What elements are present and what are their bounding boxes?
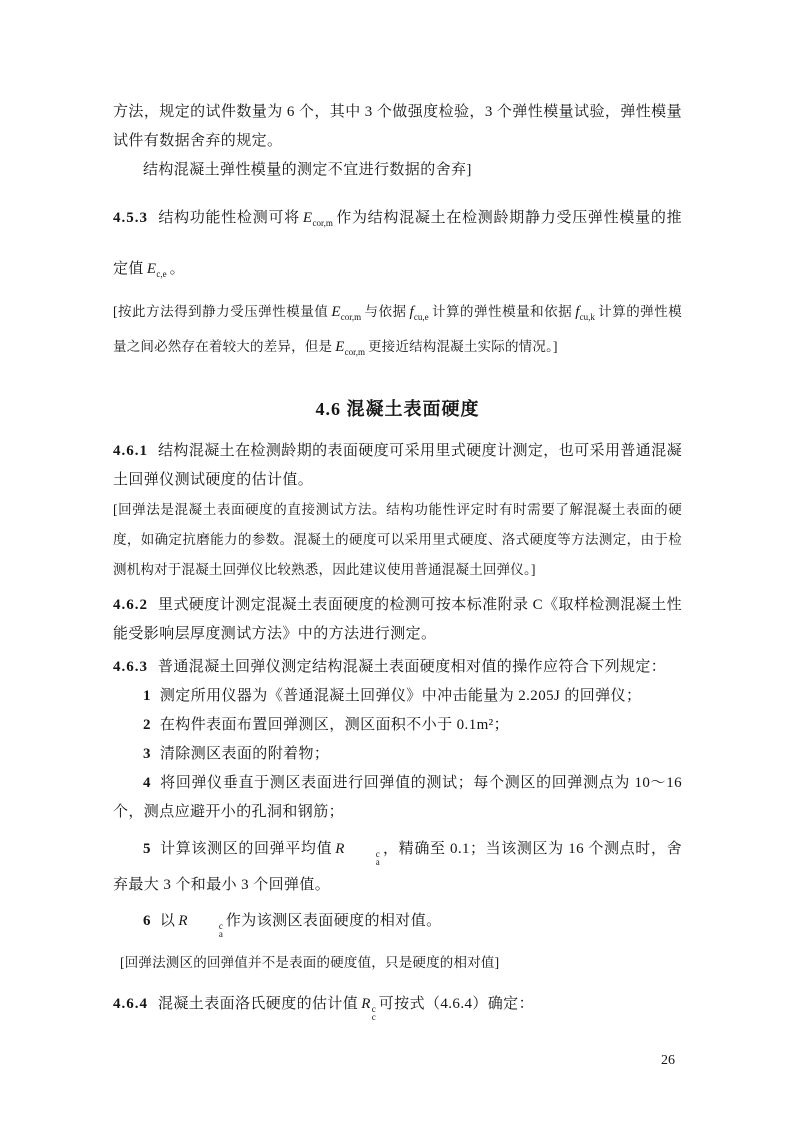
math-symbol-f-cu-e: fcu,e (410, 304, 429, 319)
item-number: 1 (143, 688, 151, 704)
page-number: 26 (661, 1053, 675, 1069)
clause-text: 可按式（4.6.4）确定： (379, 996, 534, 1012)
note-text: 更接近结构混凝土实际的情况。] (368, 339, 558, 354)
list-item-1: 1测定所用仪器为《普通混凝土回弹仪》中冲击能量为 2.205J 的回弹仪； (113, 682, 682, 711)
clause-text: 普通混凝土回弹仪测定结构混凝土表面硬度相对值的操作应符合下列规定： (158, 659, 666, 675)
bracket-close-line: 结构混凝土弹性模量的测定不宜进行数据的舍弃] (113, 156, 682, 185)
clause-number: 4.6.2 (113, 597, 148, 613)
math-symbol-R-a-c: Rca (335, 841, 380, 857)
item-text: 在构件表面布置回弹测区，测区面积不小于 0.1m²； (160, 717, 509, 733)
list-item-6: 6以Rca作为该测区表面硬度的相对值。 (113, 907, 682, 938)
math-symbol-E-cor-m: Ecor,m (303, 210, 333, 226)
commentary-note-4-6-1: [回弹法是混凝土表面硬度的直接测试方法。结构功能性评定时有时需要了解混凝土表面的… (113, 495, 682, 585)
clause-4-6-1: 4.6.1结构混凝土在检测龄期的表面硬度可采用里式硬度计测定，也可采用普通混凝土… (113, 437, 682, 495)
item-text: 以 (160, 913, 175, 929)
item-text: 计算该测区的回弹平均值 (160, 841, 332, 857)
clause-number: 4.5.3 (113, 210, 148, 226)
note-text: [按此方法得到静力受压弹性模量值 (113, 304, 328, 319)
clause-text: 混凝土表面洛氏硬度的估计值 (158, 996, 358, 1012)
commentary-note-4-6-3: [回弹法测区的回弹值并不是表面的硬度值，只是硬度的相对值] (113, 948, 682, 978)
item-text: 作为该测区表面硬度的相对值。 (226, 913, 442, 929)
continued-paragraph: 方法，规定的试件数量为 6 个，其中 3 个做强度检验，3 个弹性模量试验，弹性… (113, 98, 682, 156)
list-item-2: 2在构件表面布置回弹测区，测区面积不小于 0.1m²； (113, 711, 682, 740)
item-number: 2 (143, 717, 151, 733)
clause-number: 4.6.3 (113, 659, 148, 675)
item-number: 6 (143, 913, 151, 929)
item-number: 4 (143, 775, 151, 791)
item-text: 测定所用仪器为《普通混凝土回弹仪》中冲击能量为 2.205J 的回弹仪； (160, 688, 642, 704)
math-symbol-f-cu-k: fcu,k (575, 304, 595, 319)
item-number: 3 (143, 746, 151, 762)
section-heading-4-6: 4.6 混凝土表面硬度 (113, 395, 682, 421)
clause-text: 里式硬度计测定混凝土表面硬度的检测可按本标准附录 C《取样检测混凝土性能受影响层… (113, 597, 682, 642)
clause-number: 4.6.4 (113, 996, 148, 1012)
clause-text: 。 (170, 261, 185, 277)
item-text: 将回弹仪垂直于测区表面进行回弹值的测试；每个测区的回弹测点为 10～16 个，测… (113, 775, 682, 820)
list-item-5: 5计算该测区的回弹平均值Rca，精确至 0.1；当该测区为 16 个测点时，舍弃… (113, 831, 682, 903)
clause-4-6-4: 4.6.4混凝土表面洛氏硬度的估计值Rcc可按式（4.6.4）确定： (113, 990, 682, 1021)
item-text: 清除测区表面的附着物； (160, 746, 329, 762)
math-symbol-E-cor-m: Ecor,m (335, 339, 365, 354)
list-item-3: 3清除测区表面的附着物； (113, 740, 682, 769)
note-text: 与依据 (364, 304, 406, 319)
clause-4-5-3: 4.5.3结构功能性检测可将Ecor,m作为结构混凝土在检测龄期静力受压弹性模量… (113, 195, 682, 297)
clause-text: 结构功能性检测可将 (158, 210, 300, 226)
list-item-4: 4将回弹仪垂直于测区表面进行回弹值的测试；每个测区的回弹测点为 10～16 个，… (113, 769, 682, 827)
math-symbol-R-c-c: Rcc (361, 996, 376, 1012)
clause-4-6-3: 4.6.3普通混凝土回弹仪测定结构混凝土表面硬度相对值的操作应符合下列规定： (113, 653, 682, 682)
math-symbol-E-c-e: Ec,e (147, 261, 167, 277)
note-text: 计算的弹性模量和依据 (432, 304, 573, 319)
clause-number: 4.6.1 (113, 443, 148, 459)
item-number: 5 (143, 841, 151, 857)
math-symbol-E-cor-m: Ecor,m (331, 304, 361, 319)
math-symbol-R-a-c: Rca (178, 913, 223, 929)
document-page: 方法，规定的试件数量为 6 个，其中 3 个做强度检验，3 个弹性模量试验，弹性… (0, 0, 794, 1123)
clause-text: 结构混凝土在检测龄期的表面硬度可采用里式硬度计测定，也可采用普通混凝土回弹仪测试… (113, 443, 682, 488)
clause-4-6-2: 4.6.2里式硬度计测定混凝土表面硬度的检测可按本标准附录 C《取样检测混凝土性… (113, 591, 682, 649)
commentary-note-4-5-3: [按此方法得到静力受压弹性模量值Ecor,m与依据fcu,e计算的弹性模量和依据… (113, 297, 682, 367)
